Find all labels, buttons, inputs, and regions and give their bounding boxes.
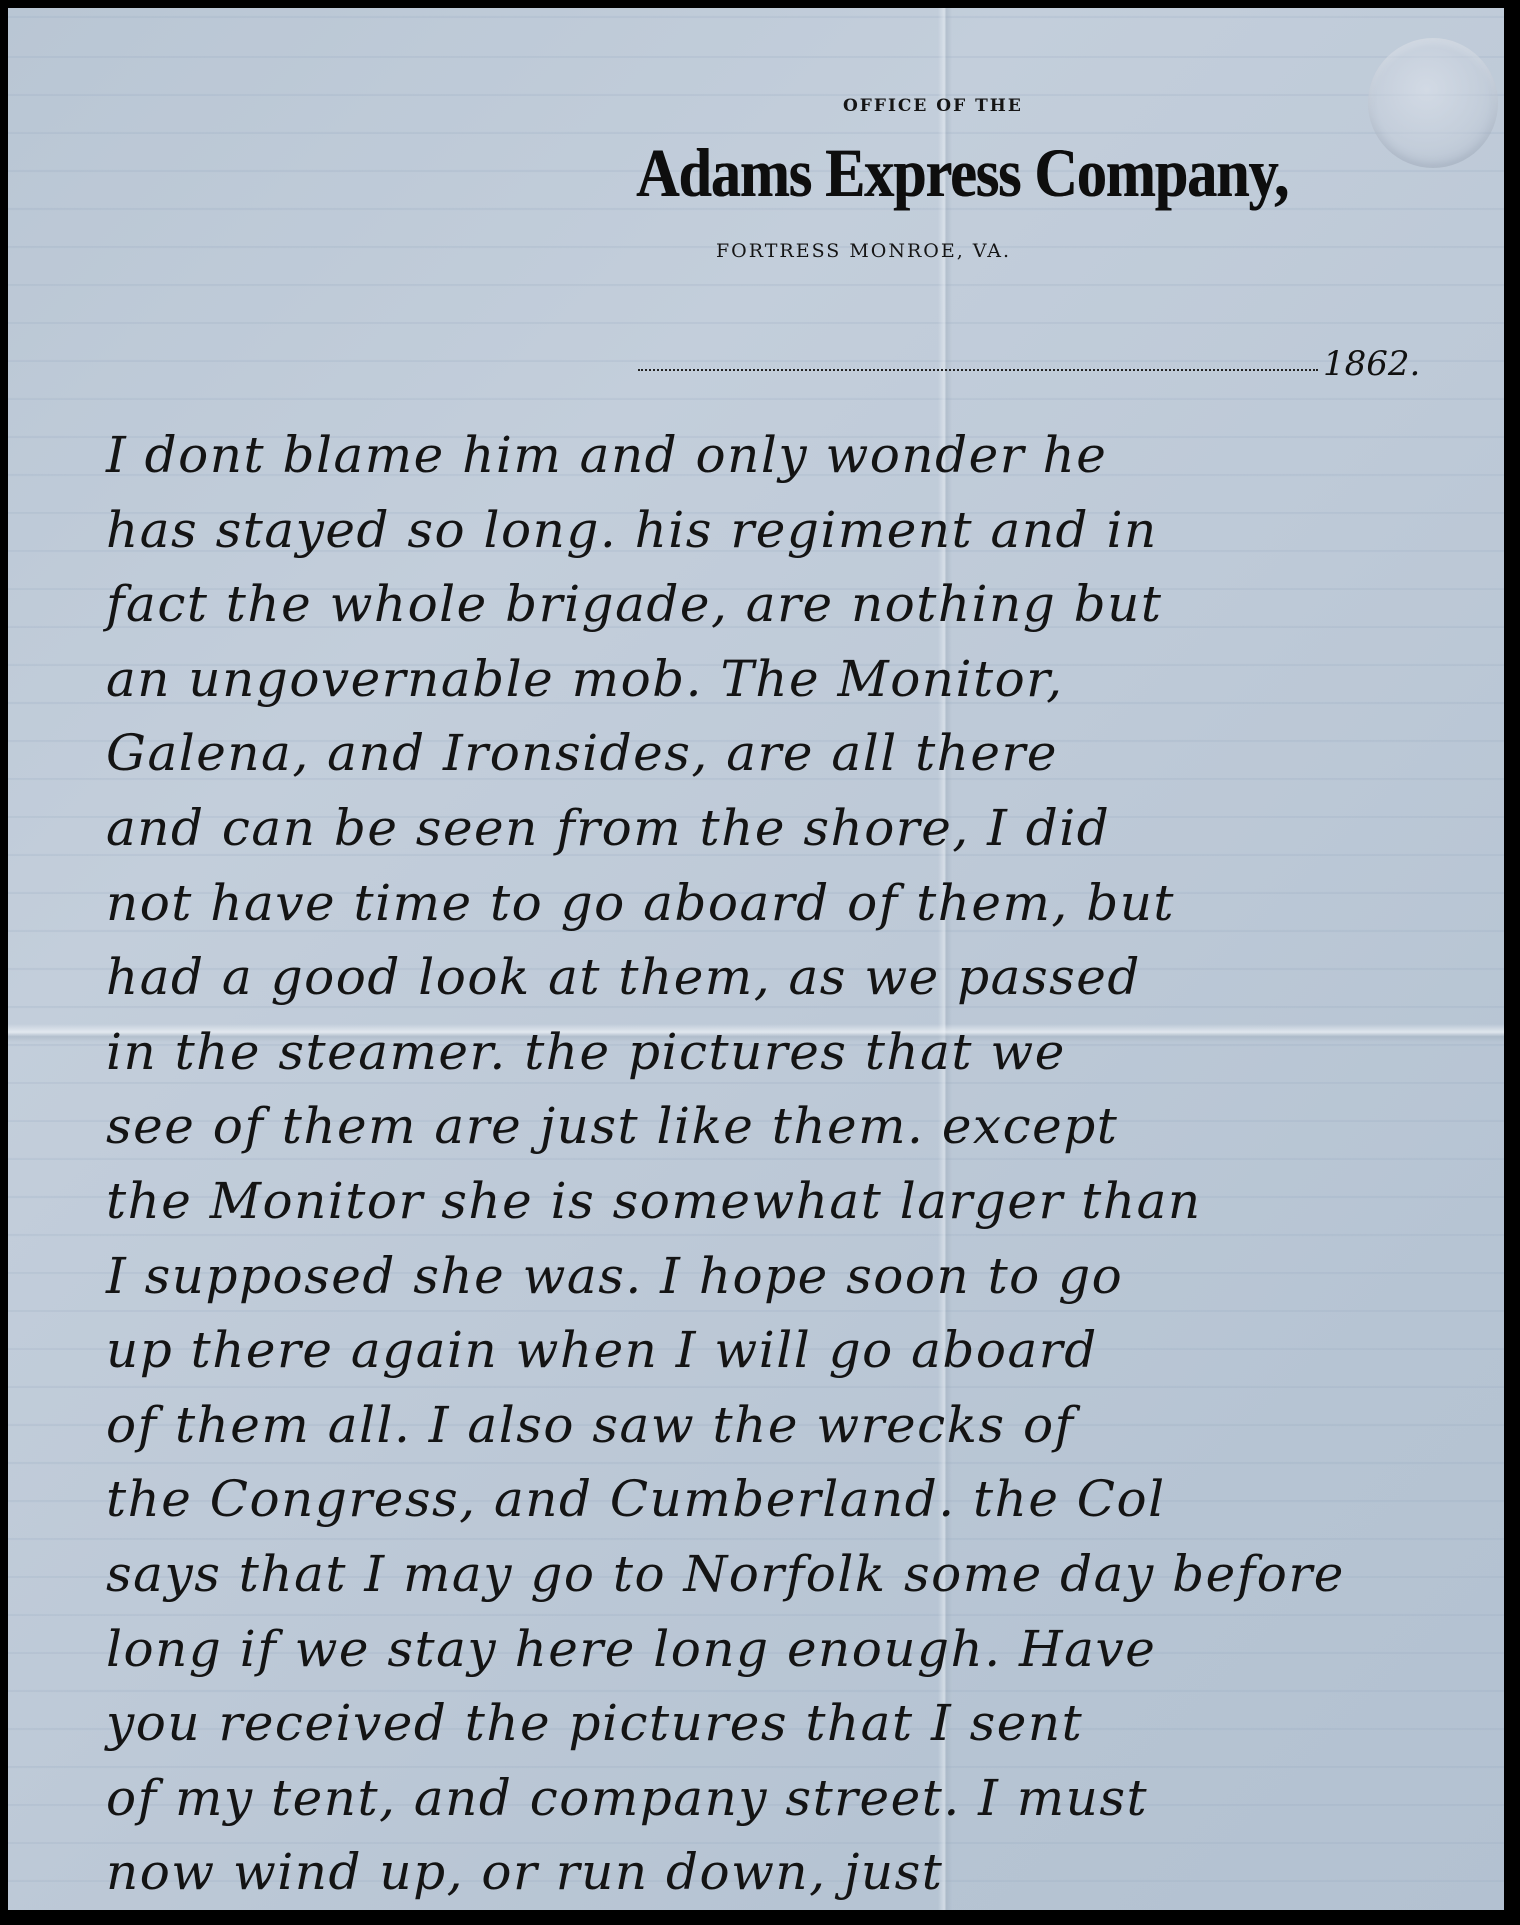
body-line: not have time to go aboard of them, but: [106, 866, 1446, 941]
letterhead-company-name: Adams Express Company,: [636, 134, 1288, 213]
body-line: you received the pictures that I sent: [106, 1686, 1446, 1761]
body-line: has stayed so long. his regiment and in: [106, 493, 1446, 568]
letter-page: OFFICE OF THE Adams Express Company, FOR…: [8, 8, 1504, 1910]
body-line: fact the whole brigade, are nothing but: [106, 567, 1446, 642]
body-line: Galena, and Ironsides, are all there: [106, 716, 1446, 791]
body-line: I dont blame him and only wonder he: [106, 418, 1446, 493]
letter-body: I dont blame him and only wonder he has …: [106, 418, 1446, 1910]
letterhead-office-of: OFFICE OF THE: [843, 96, 1023, 116]
body-line: long if we stay here long enough. Have: [106, 1612, 1446, 1687]
body-line: and can be seen from the shore, I did: [106, 791, 1446, 866]
body-line: in the steamer. the pictures that we: [106, 1015, 1446, 1090]
letterhead-location: FORTRESS MONROE, VA.: [716, 240, 1011, 262]
body-line: up there again when I will go aboard: [106, 1313, 1446, 1388]
date-year: 1862.: [1323, 344, 1420, 384]
body-line: I supposed she was. I hope soon to go: [106, 1239, 1446, 1314]
body-line: of my tent, and company street. I must: [106, 1761, 1446, 1836]
date-dotted-rule: [638, 369, 1318, 371]
body-line: an ungovernable mob. The Monitor,: [106, 642, 1446, 717]
body-line: had a good look at them, as we passed: [106, 940, 1446, 1015]
body-line: of them all. I also saw the wrecks of: [106, 1388, 1446, 1463]
body-line: the Congress, and Cumberland. the Col: [106, 1462, 1446, 1537]
body-line: says that I may go to Norfolk some day b…: [106, 1537, 1446, 1612]
date-line: 1862.: [638, 344, 1438, 384]
body-line: now wind up, or run down, just: [106, 1835, 1446, 1910]
embossed-seal-icon: [1368, 38, 1498, 168]
body-line: the Monitor she is somewhat larger than: [106, 1164, 1446, 1239]
body-line: see of them are just like them. except: [106, 1089, 1446, 1164]
